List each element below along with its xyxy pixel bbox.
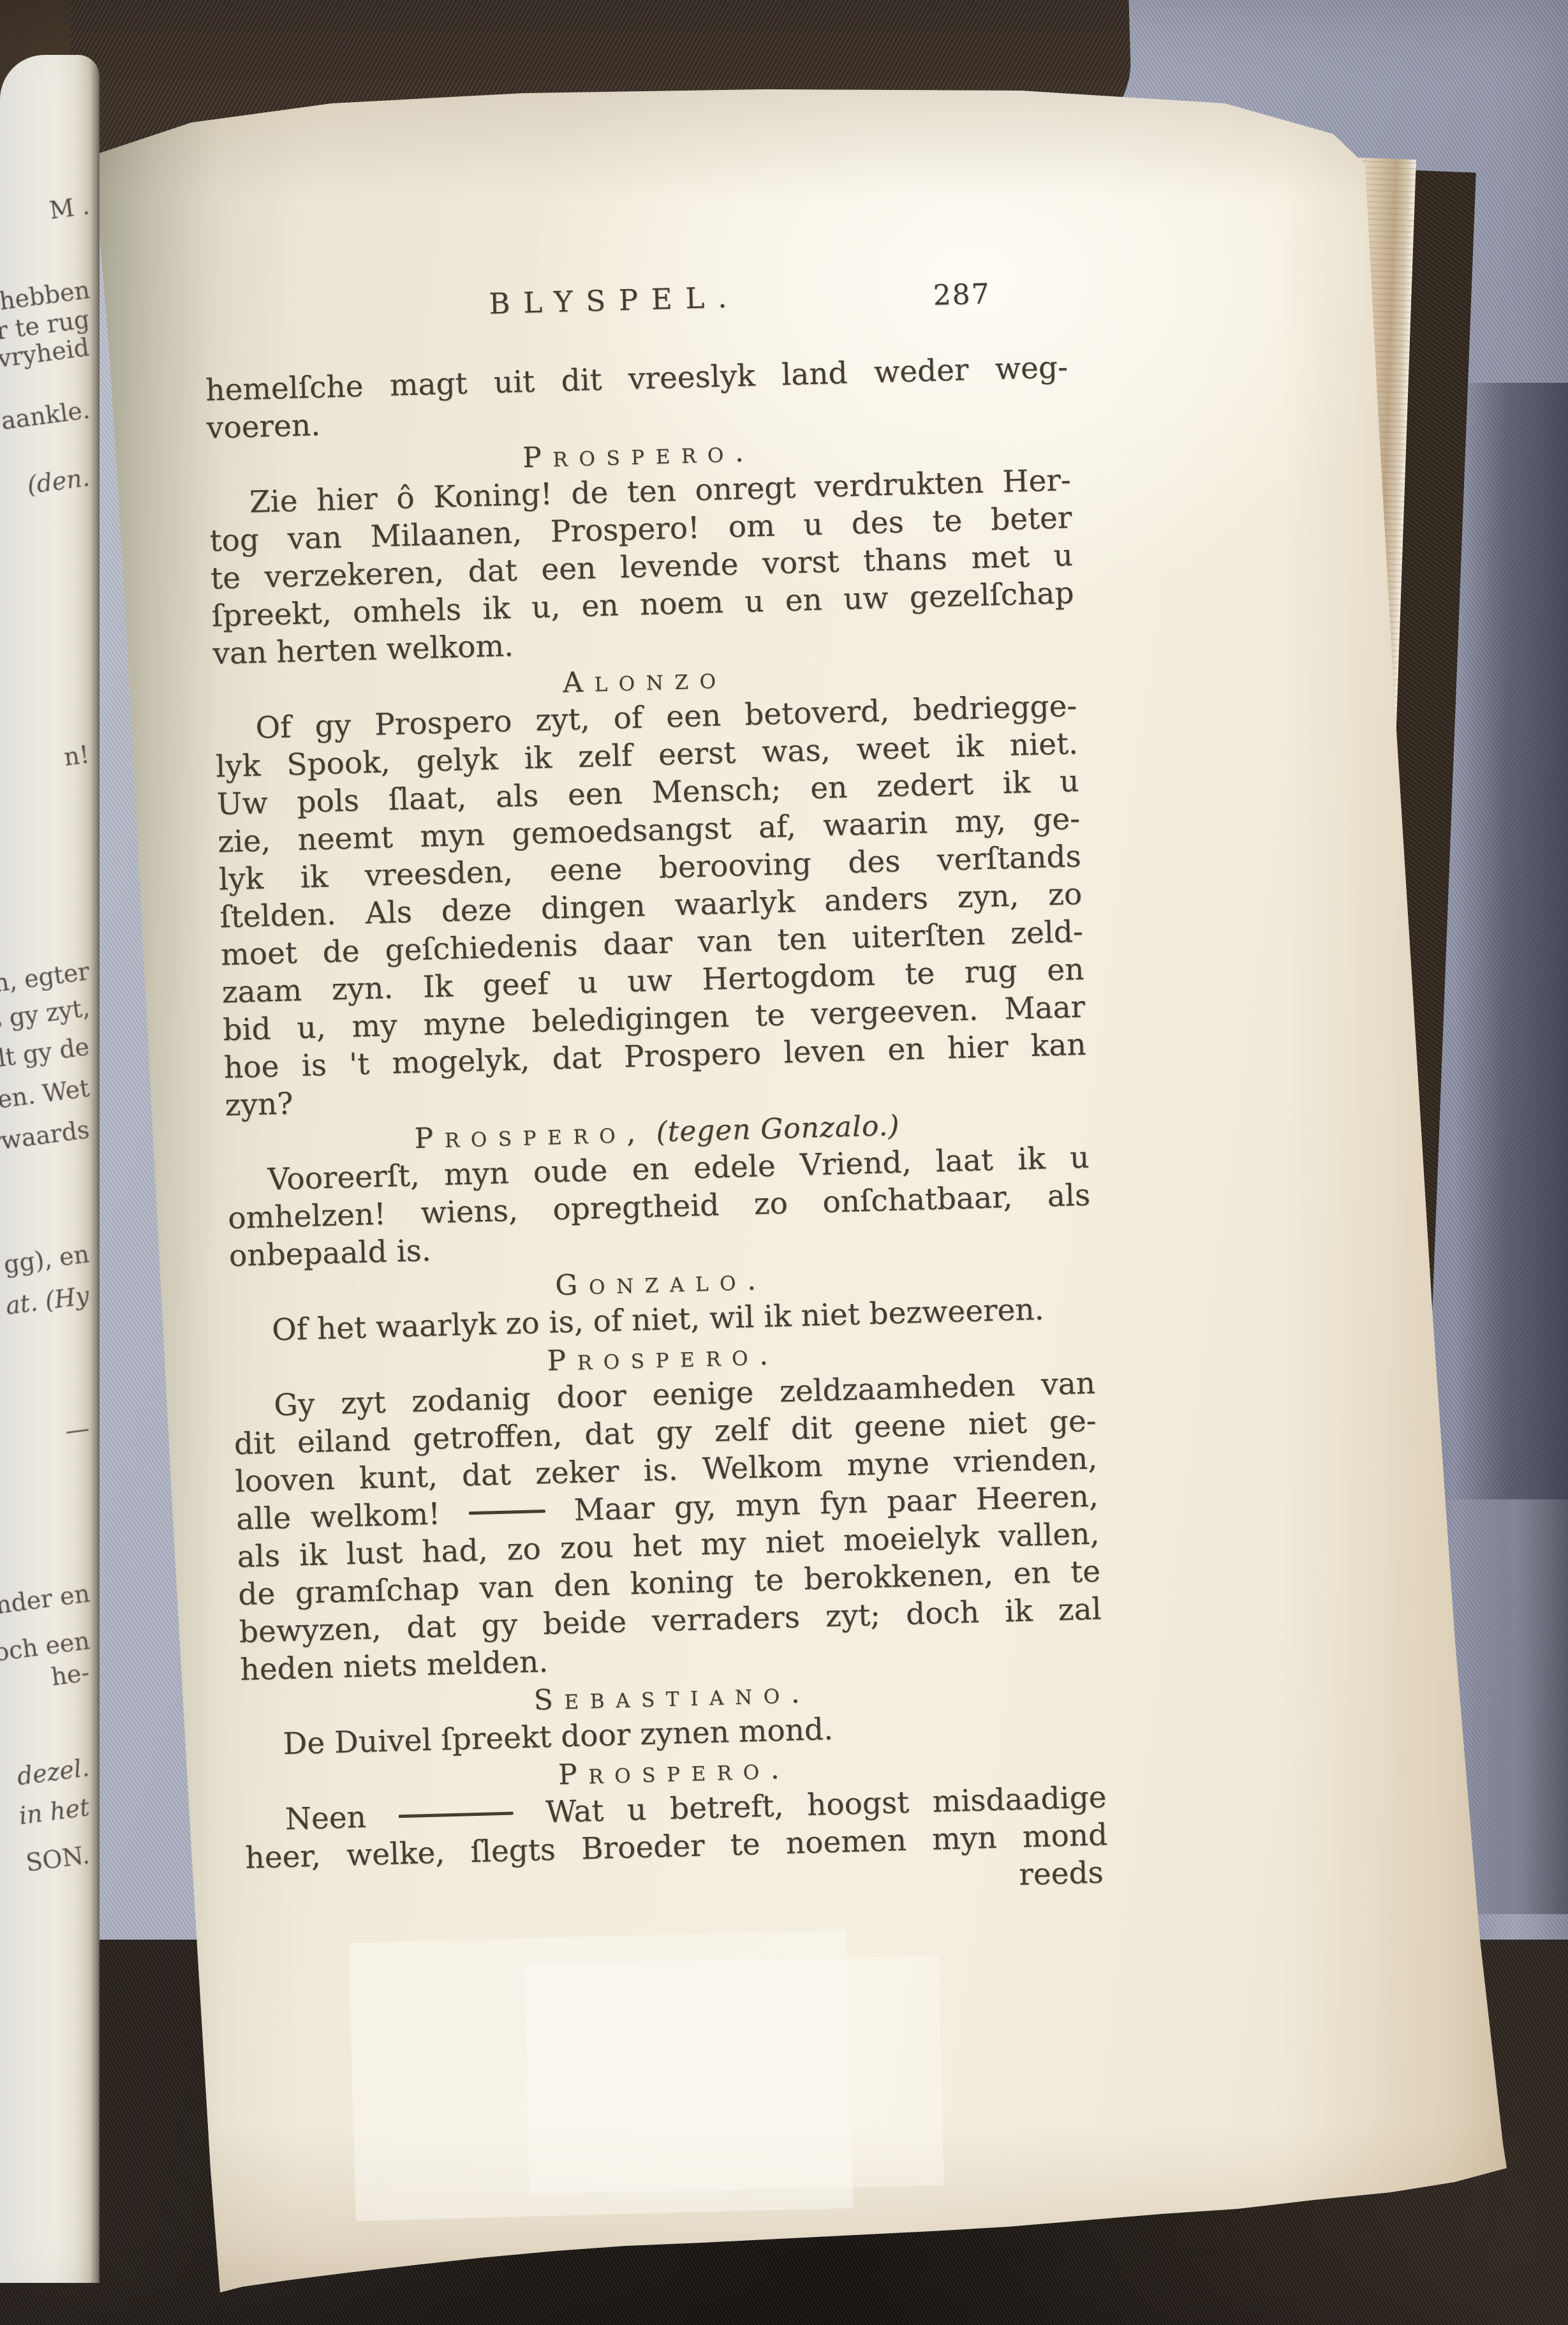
left-page-text-fragment: in het — [17, 1793, 91, 1830]
left-page-text-fragment: SON. — [24, 1841, 91, 1877]
left-page-text-fragment: ge aankle. — [0, 396, 91, 440]
left-page-text-fragment: nder en — [0, 1579, 91, 1619]
paper-patch — [524, 1956, 943, 2194]
long-dash — [399, 1811, 514, 1818]
page-number: 287 — [933, 275, 991, 314]
header-title: BLYSPEL. — [489, 278, 741, 323]
left-page-text-fragment: M . — [48, 191, 91, 225]
left-page-text-fragment: en, egter — [0, 957, 91, 999]
left-page-text-fragment: dezel. — [16, 1753, 91, 1790]
left-page-fragments: M .nd hebbender te ruguw vryheidge aankl… — [0, 0, 96, 2325]
book-photo: M .nd hebbender te ruguw vryheidge aankl… — [0, 0, 1568, 2325]
left-page-text-fragment: rwaards — [0, 1115, 91, 1156]
long-dash — [469, 1509, 545, 1514]
text-lines: hemelſche magt uit dit vreeslyk land wed… — [203, 256, 1108, 1877]
left-page-text-fragment: gg), en — [3, 1240, 91, 1279]
left-page-text-fragment: (den. — [26, 463, 91, 499]
left-page-text-fragment: n! — [63, 740, 91, 771]
left-page-text-fragment: ult gy de — [0, 1032, 91, 1074]
page-text: BLYSPEL. 287 hemelſche magt uit dit vree… — [203, 256, 1109, 1915]
left-page-text-fragment: at. (Hy — [4, 1281, 91, 1320]
left-page-text-fragment: en. Wet — [0, 1074, 91, 1114]
left-page-text-fragment: s gy zyt, — [0, 993, 91, 1034]
left-page-text-fragment: — — [63, 1414, 91, 1445]
left-page-text-fragment: he- — [50, 1658, 91, 1691]
